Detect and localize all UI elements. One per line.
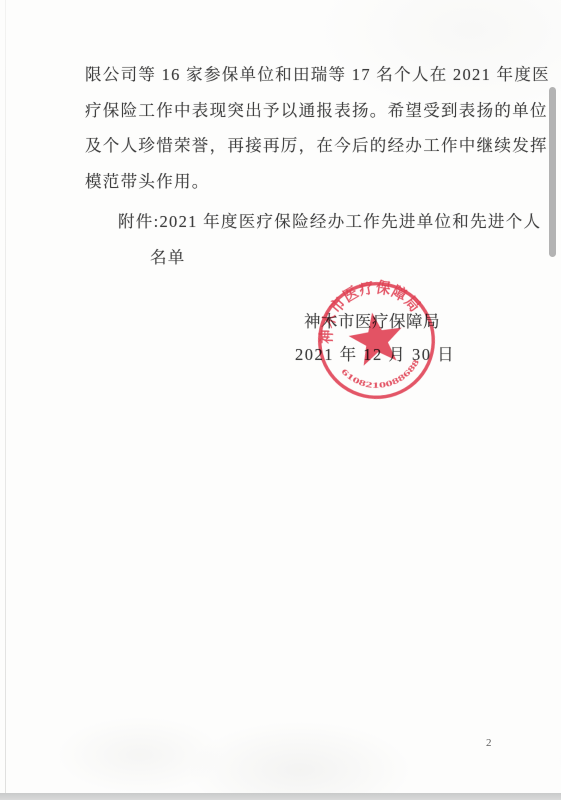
red-star-icon — [346, 308, 407, 367]
document-page: 限公司等 16 家参保单位和田瑞等 17 名个人在 2021 年度医 疗保险工作… — [0, 0, 561, 800]
body-paragraph: 限公司等 16 家参保单位和田瑞等 17 名个人在 2021 年度医 疗保险工作… — [85, 57, 550, 199]
attachment-note: 附件:2021 年度医疗保险经办工作先进单位和先进个人 名单 — [118, 204, 541, 275]
page-left-edge — [5, 0, 6, 793]
paragraph-line: 及个人珍惜荣誉，再接再厉，在今后的经办工作中继续发挥 — [85, 128, 550, 164]
paragraph-line: 限公司等 16 家参保单位和田瑞等 17 名个人在 2021 年度医 — [85, 57, 550, 93]
attachment-line-1: 附件:2021 年度医疗保险经办工作先进单位和先进个人 — [118, 204, 541, 240]
paragraph-line: 模范带头作用。 — [85, 164, 550, 200]
scrollbar-thumb[interactable] — [549, 87, 556, 257]
page-bottom-edge — [0, 793, 561, 800]
attachment-line-2: 名单 — [150, 240, 541, 276]
official-seal: 神木市医疗保障局 6108210088688 — [308, 272, 444, 408]
page-number: 2 — [486, 737, 492, 749]
paragraph-line: 疗保险工作中表现突出予以通报表扬。希望受到表扬的单位 — [85, 93, 550, 129]
